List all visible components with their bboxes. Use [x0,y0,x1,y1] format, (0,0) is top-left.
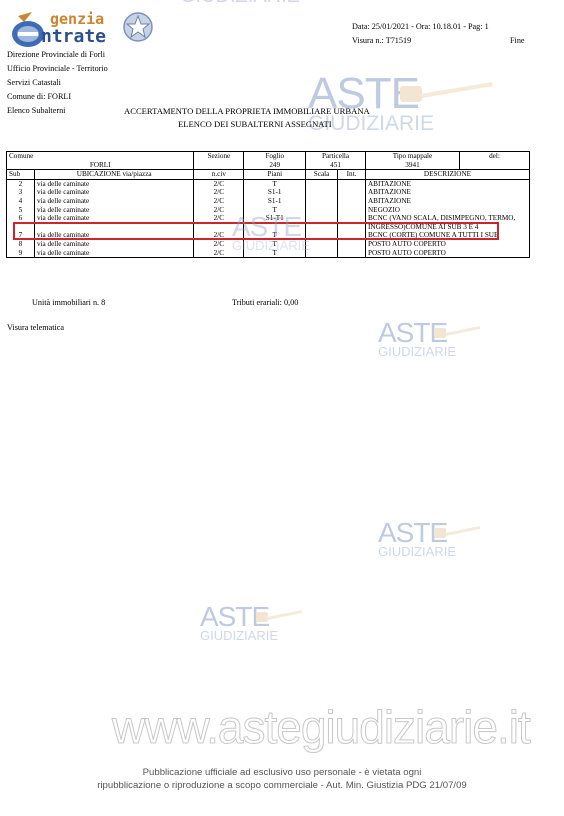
italian-republic-emblem-icon [122,11,154,43]
cell-int [338,206,366,215]
comune-label: Comune di: FORLI [7,92,71,102]
cell-civ-text: 2/C [196,197,241,206]
table-row: 3via delle caminate2/CS1-1ABITAZIONE [7,188,530,197]
cell-descrizione: ABITAZIONE [365,197,529,206]
watermark-aste-1: ASTE GIUDIZIARIE [378,320,456,358]
col-sub: Sub [7,170,35,180]
gavel-icon [432,524,482,542]
cell-descrizione: NEGOZIO [365,206,529,215]
gavel-icon [396,78,496,108]
comune-cell: ComuneFORLI [7,152,194,170]
col-int: Int. [338,170,366,180]
col-civ: n.civ [194,170,244,180]
cell-ubicazione: via delle caminate [34,188,194,197]
sezione-header: Sezione [196,152,241,161]
cell-scala [306,240,338,249]
cell-sub: 3 [7,188,35,197]
cell-descrizione-text: POSTO AUTO COPERTO [368,240,527,249]
comune-header: Comune [9,152,191,161]
cell-sub-text: 9 [9,249,32,258]
unita-immobiliari: Unità immobiliari n. 8 [32,298,105,308]
tipo-mappale-header: Tipo mappale [368,152,457,161]
watermark-giudiziarie-text: GIUDIZIARIE [200,630,278,642]
cell-sub: 2 [7,179,35,188]
cell-descrizione: ABITAZIONE [365,188,529,197]
watermark-top: GIUDIZIARIE [180,0,300,6]
cell-int [338,249,366,258]
visura-telematica: Visura telematica [7,323,64,333]
cell-piani-text: S1-1 [246,188,303,197]
col-ubicazione: UBICAZIONE via/piazza [34,170,194,180]
cell-ubicazione: via delle caminate [34,206,194,215]
footer-note-1: Pubblicazione ufficiale ad esclusivo uso… [0,767,564,778]
cell-civ: 2/C [194,179,244,188]
particella-value: 451 [308,161,363,170]
del-value [462,161,527,170]
cell-int [338,188,366,197]
cell-ubicazione: via delle caminate [34,249,194,258]
watermark-aste-table: ASTE GIUDIZIARIE [232,214,310,252]
col-piani: Piani [244,170,306,180]
cell-descrizione-text: ABITAZIONE [368,188,527,197]
cell-descrizione: POSTO AUTO COPERTO [365,249,529,258]
visura-number: Visura n.: T71519 [352,36,411,46]
sezione-cell: Sezione [194,152,244,170]
comune-value: FORLI [9,161,191,170]
table-row: 4via delle caminate2/CS1-1ABITAZIONE [7,197,530,206]
cell-scala [306,197,338,206]
logo-text-entrate: ntrate [41,26,106,47]
print-datetime: Data: 25/01/2021 - Ora: 10.18.01 - Pag: … [352,22,489,32]
cell-sub-text: 3 [9,188,32,197]
sezione-value [196,161,241,170]
del-cell: del: [459,152,529,170]
direzione-provinciale: Direzione Provinciale di Forli [7,50,105,60]
table-header-cadastral: ComuneFORLI Sezione Foglio249 Particella… [7,152,530,170]
del-header: del: [462,152,527,161]
cell-sub: 8 [7,240,35,249]
tipo-mappale-cell: Tipo mappale3941 [365,152,459,170]
cell-sub-text: 2 [9,180,32,189]
cell-sub-text: 5 [9,206,32,215]
cell-sub-text: 4 [9,197,32,206]
watermark-giudiziarie-text: GIUDIZIARIE [378,346,456,358]
document-title: ACCERTAMENTO DELLA PROPRIETA IMMOBILIARE… [124,106,370,116]
cell-sub: 9 [7,249,35,258]
cell-scala [306,249,338,258]
servizi-catastali: Servizi Catastali [7,78,61,88]
cell-ubicazione-text: via delle caminate [37,206,192,215]
gavel-icon [432,324,482,342]
cell-int [338,197,366,206]
cell-ubicazione: via delle caminate [34,179,194,188]
cell-int [338,240,366,249]
cell-descrizione: ABITAZIONE [365,179,529,188]
cell-civ-text: 2/C [196,188,241,197]
cell-piani: S1-1 [244,188,306,197]
cell-scala [306,179,338,188]
table-row: 2via delle caminate2/CTABITAZIONE [7,179,530,188]
cell-ubicazione: via delle caminate [34,197,194,206]
cell-piani-text: S1-1 [246,197,303,206]
foglio-header: Foglio [246,152,303,161]
cell-int [338,179,366,188]
watermark-aste-3: ASTE GIUDIZIARIE [200,604,278,642]
cell-descrizione-text: ABITAZIONE [368,180,527,189]
elenco-subalterni: Elenco Subalterni [7,106,65,116]
col-descrizione: DESCRIZIONE [365,170,529,180]
cell-ubicazione-text: via delle caminate [37,180,192,189]
cell-ubicazione-text: via delle caminate [37,240,192,249]
document-subtitle: ELENCO DEI SUBALTERNI ASSEGNATI [178,119,332,129]
footer-url: www.astegiudiziarie.it [112,700,530,754]
cell-scala [306,188,338,197]
cell-descrizione-text: POSTO AUTO COPERTO [368,249,527,258]
cell-ubicazione-text: via delle caminate [37,197,192,206]
cell-piani-text: T [246,180,303,189]
cell-sub-text: 8 [9,240,32,249]
cell-piani: S1-1 [244,197,306,206]
tipo-mappale-value: 3941 [368,161,457,170]
cell-piani: T [244,179,306,188]
cell-civ: 2/C [194,188,244,197]
table-header-columns: Sub UBICAZIONE via/piazza n.civ Piani Sc… [7,170,530,180]
cell-civ-text: 2/C [196,180,241,189]
agenzia-entrate-logo: genzia ntrate [6,6,156,48]
fine-label: Fine [510,36,525,46]
cell-civ: 2/C [194,197,244,206]
foglio-value: 249 [246,161,303,170]
cell-ubicazione: via delle caminate [34,240,194,249]
gavel-icon [254,608,304,626]
cell-scala [306,206,338,215]
cell-descrizione-text: NEGOZIO [368,206,527,215]
tributi-erariali: Tributi erariali: 0,00 [232,298,298,308]
ufficio-provinciale: Ufficio Provinciale - Territorio [7,64,108,74]
particella-header: Particella [308,152,363,161]
watermark-giudiziarie-text: GIUDIZIARIE [232,240,310,252]
cell-descrizione-text: ABITAZIONE [368,197,527,206]
col-scala: Scala [306,170,338,180]
watermark-text: GIUDIZIARIE [180,0,300,6]
cell-sub: 5 [7,206,35,215]
cell-sub: 4 [7,197,35,206]
cell-descrizione: POSTO AUTO COPERTO [365,240,529,249]
particella-cell: Particella451 [306,152,366,170]
watermark-aste-2: ASTE GIUDIZIARIE [378,520,456,558]
watermark-giudiziarie-text: GIUDIZIARIE [378,546,456,558]
footer-note-2: ripubblicazione o riproduzione a scopo c… [0,780,564,791]
watermark-aste-text: ASTE [232,214,310,240]
cell-ubicazione-text: via delle caminate [37,188,192,197]
cell-ubicazione-text: via delle caminate [37,249,192,258]
foglio-cell: Foglio249 [244,152,306,170]
